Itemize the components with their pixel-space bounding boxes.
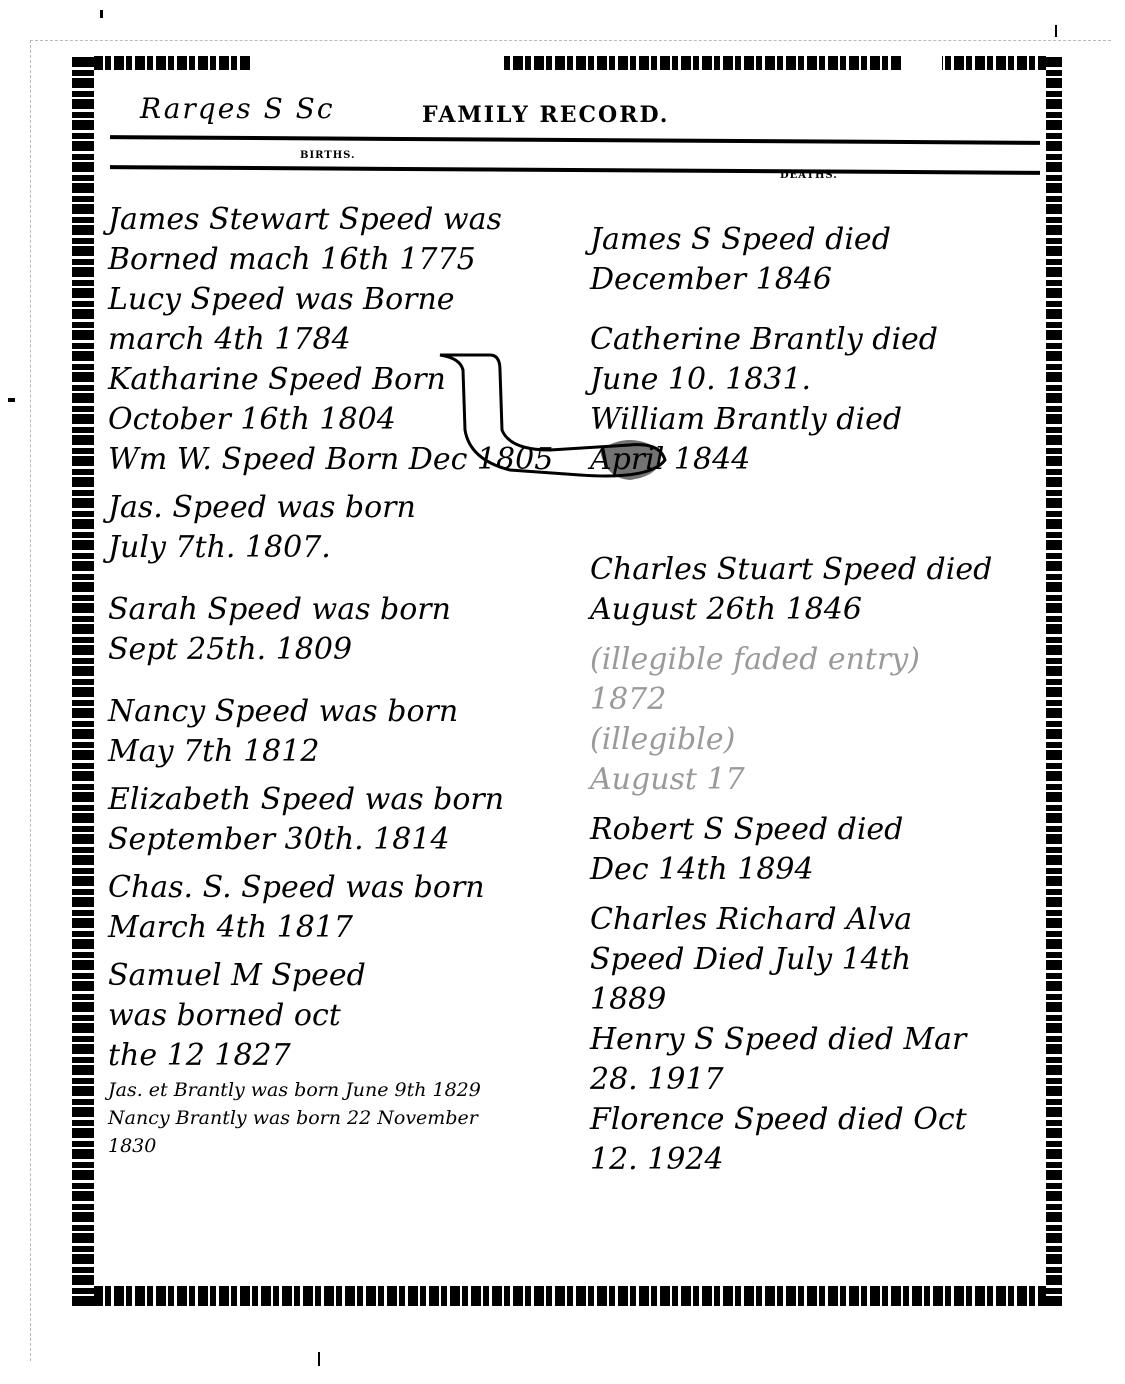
handwritten-line: August 26th 1846 — [590, 590, 1040, 630]
birth-entry: Jas. Speed was bornJuly 7th. 1807. — [108, 488, 578, 568]
handwritten-line: the 12 1827 — [108, 1036, 578, 1076]
birth-entry: Jas. et Brantly was born June 9th 1829Na… — [108, 1076, 578, 1160]
handwritten-line: May 7th 1812 — [108, 732, 578, 772]
death-entry: Charles Stuart Speed diedAugust 26th 184… — [590, 550, 1040, 630]
birth-entry: Nancy Speed was bornMay 7th 1812 — [108, 692, 578, 772]
handwritten-line: Sarah Speed was born — [108, 590, 578, 630]
death-entry: James S Speed diedDecember 1846 — [590, 220, 1040, 300]
handwritten-line: (illegible faded entry) — [590, 640, 1040, 680]
header-rule — [110, 135, 1040, 145]
handwritten-line: December 1846 — [590, 260, 1040, 300]
birth-entry: Elizabeth Speed was bornSeptember 30th. … — [108, 780, 578, 860]
handwritten-line: Samuel M Speed — [108, 956, 578, 996]
death-entry: Charles Richard AlvaSpeed Died July 14th… — [590, 900, 1040, 1020]
scan-speck — [1055, 25, 1057, 37]
record-header: Rarqes S Sc FAMILY RECORD. BIRTHS. DEATH… — [110, 80, 1040, 190]
death-entry: Robert S Speed diedDec 14th 1894 — [590, 810, 1040, 890]
handwritten-line: 28. 1917 — [590, 1060, 1040, 1100]
handwritten-line: Chas. S. Speed was born — [108, 868, 578, 908]
handwritten-line: James S Speed died — [590, 220, 1040, 260]
handwritten-line: Robert S Speed died — [590, 810, 1040, 850]
border-right — [1046, 56, 1062, 1306]
handwritten-line: Dec 14th 1894 — [590, 850, 1040, 890]
border-left — [72, 56, 94, 1306]
birth-entry: Chas. S. Speed was bornMarch 4th 1817 — [108, 868, 578, 948]
handwritten-line: was borned oct — [108, 996, 578, 1036]
deaths-column-label: DEATHS. — [780, 170, 838, 181]
owner-signature: Rarqes S Sc — [140, 92, 335, 125]
handwritten-line: Florence Speed died Oct — [590, 1100, 1040, 1140]
handwritten-line: Nancy Speed was born — [108, 692, 578, 732]
handwritten-line: Speed Died July 14th — [590, 940, 1040, 980]
handwritten-line: James Stewart Speed was — [108, 200, 578, 240]
handwritten-line: Henry S Speed died Mar — [590, 1020, 1040, 1060]
handwritten-line: Lucy Speed was Borne — [108, 280, 578, 320]
handwritten-line: 1872 — [590, 680, 1040, 720]
handwritten-line: September 30th. 1814 — [108, 820, 578, 860]
handwritten-line: 1830 — [108, 1132, 578, 1160]
page-title: FAMILY RECORD. — [422, 102, 669, 128]
handwritten-line: 12. 1924 — [590, 1140, 1040, 1180]
handwritten-line: March 4th 1817 — [108, 908, 578, 948]
header-rule — [110, 165, 1040, 175]
handwritten-line: Elizabeth Speed was born — [108, 780, 578, 820]
birth-entry: James Stewart Speed wasBorned mach 16th … — [108, 200, 578, 280]
handwritten-line: Charles Richard Alva — [590, 900, 1040, 940]
handwritten-line: Sept 25th. 1809 — [108, 630, 578, 670]
scan-speck — [318, 1352, 320, 1366]
birth-entry: Sarah Speed was bornSept 25th. 1809 — [108, 590, 578, 670]
handwritten-line: Charles Stuart Speed died — [590, 550, 1040, 590]
handwritten-line: Nancy Brantly was born 22 November — [108, 1104, 578, 1132]
handwritten-line: Jas. et Brantly was born June 9th 1829 — [108, 1076, 578, 1104]
scan-speck — [8, 398, 15, 402]
border-bottom — [72, 1286, 1062, 1306]
scan-speck — [100, 10, 103, 18]
paper-damage-mark — [430, 350, 670, 490]
handwritten-line: August 17 — [590, 760, 1040, 800]
birth-entry: Samuel M Speedwas borned octthe 12 1827 — [108, 956, 578, 1076]
handwritten-line: Jas. Speed was born — [108, 488, 578, 528]
death-entry: Henry S Speed died Mar28. 1917 — [590, 1020, 1040, 1100]
birth-entry: Lucy Speed was Bornemarch 4th 1784 — [108, 280, 578, 360]
births-column-label: BIRTHS. — [300, 150, 356, 161]
death-entry: (illegible faded entry)1872(illegible)Au… — [590, 640, 1040, 800]
handwritten-line: July 7th. 1807. — [108, 528, 578, 568]
handwritten-line: Borned mach 16th 1775 — [108, 240, 578, 280]
births-column: James Stewart Speed wasBorned mach 16th … — [108, 200, 578, 1160]
death-entry: Florence Speed died Oct12. 1924 — [590, 1100, 1040, 1180]
handwritten-line: (illegible) — [590, 720, 1040, 760]
handwritten-line: 1889 — [590, 980, 1040, 1020]
